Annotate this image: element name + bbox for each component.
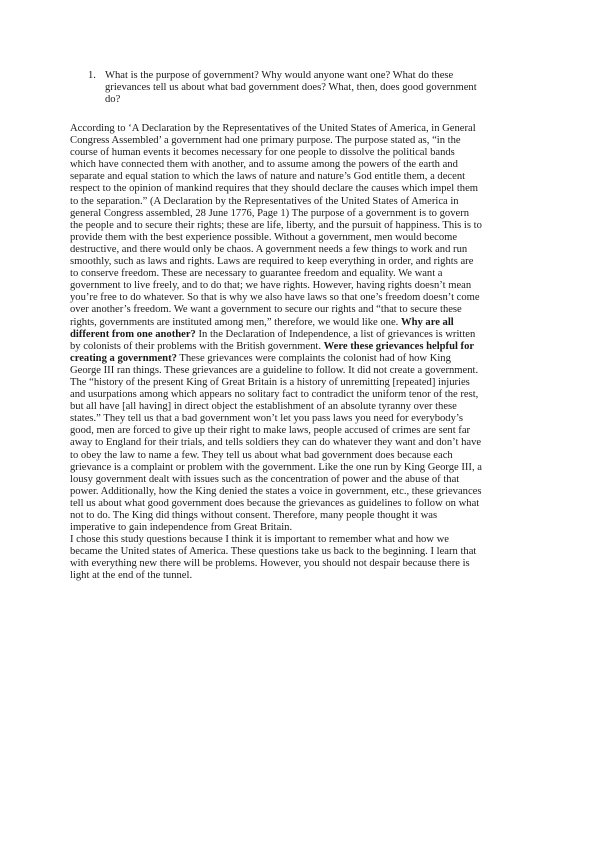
text-run: good, men are forced to give up their ri… [70,425,470,436]
question-text: What is the purpose of government? Why w… [105,70,528,106]
text-run: the people and to secure their rights; t… [70,220,482,231]
question-line: What is the purpose of government? Why w… [105,70,528,82]
text-line: tell us about what good government does … [70,498,522,510]
study-question: 1. What is the purpose of government? Wh… [88,70,528,106]
text-line: to conserve freedom. These are necessary… [70,268,522,280]
text-run: grievance is a complaint or problem with… [70,462,482,473]
text-run: general Congress assembled, 28 June 1776… [70,208,469,219]
text-line: power. Additionally, how the King denied… [70,486,522,498]
text-line: grievance is a complaint or problem with… [70,462,522,474]
text-run: tell us about what good government does … [70,498,479,509]
text-line: to the separation.” (A Declaration by th… [70,196,522,208]
text-run: These grievances were complaints the col… [177,353,451,364]
text-run: power. Additionally, how the King denied… [70,486,481,497]
text-run: imperative to gain independence from Gre… [70,522,292,533]
text-run: The “history of the present King of Grea… [70,377,470,388]
text-run: which have connected them with another, … [70,159,458,170]
text-line: with everything new there will be proble… [70,558,522,570]
question-line: grievances tell us about what bad govern… [105,82,528,94]
text-run: I chose this study questions because I t… [70,534,449,545]
answer-paragraph-2: I chose this study questions because I t… [70,534,522,582]
text-line: smoothly, such as laws and rights. Laws … [70,256,522,268]
text-run: lousy government dealt with issues such … [70,474,459,485]
text-run: George III ran things. These grievances … [70,365,478,376]
text-line: creating a government? These grievances … [70,353,522,365]
text-run: with everything new there will be proble… [70,558,470,569]
text-line: rights, governments are instituted among… [70,317,522,329]
text-run: separate and equal station to which the … [70,171,465,182]
text-line: provide them with the best experience po… [70,232,522,244]
text-line: but all have [all having] in direct obje… [70,401,522,413]
text-line: lousy government dealt with issues such … [70,474,522,486]
document-page: 1. What is the purpose of government? Wh… [0,0,595,842]
answer-body: According to ‘A Declaration by the Repre… [70,123,522,583]
text-line: different from one another? In the Decla… [70,329,522,341]
text-run: not to do. The King did things without c… [70,510,437,521]
text-line: imperative to gain independence from Gre… [70,522,522,534]
bold-question-text: Were these grievances helpful for [324,341,474,352]
text-line: respect to the opinion of mankind requir… [70,183,522,195]
text-run: government to live freely, and to do tha… [70,280,471,291]
text-line: away to England for their trials, and te… [70,437,522,449]
text-run: course of human events it becomes necess… [70,147,455,158]
text-run: destructive, and there would only be cha… [70,244,467,255]
text-line: states.” They tell us that a bad governm… [70,413,522,425]
text-run: respect to the opinion of mankind requir… [70,183,478,194]
text-run: rights, governments are instituted among… [70,317,401,328]
text-line: I chose this study questions because I t… [70,534,522,546]
text-line: According to ‘A Declaration by the Repre… [70,123,522,135]
question-line: do? [105,94,528,106]
text-run: According to ‘A Declaration by the Repre… [70,123,476,134]
text-run: smoothly, such as laws and rights. Laws … [70,256,473,267]
text-run: light at the end of the tunnel. [70,570,192,581]
text-line: course of human events it becomes necess… [70,147,522,159]
text-run: to the separation.” (A Declaration by th… [70,196,459,207]
text-line: to obey the law to name a few. They tell… [70,450,522,462]
text-run: over another’s freedom. We want a govern… [70,304,462,315]
text-run: provide them with the best experience po… [70,232,457,243]
text-line: light at the end of the tunnel. [70,570,522,582]
question-number: 1. [88,70,96,82]
text-run: and usurpations among which appears no s… [70,389,478,400]
text-run: Congress Assembled’ a government had one… [70,135,461,146]
answer-paragraph-1: According to ‘A Declaration by the Repre… [70,123,522,534]
text-run: but all have [all having] in direct obje… [70,401,457,412]
text-line: Congress Assembled’ a government had one… [70,135,522,147]
text-line: separate and equal station to which the … [70,171,522,183]
text-line: The “history of the present King of Grea… [70,377,522,389]
text-run: you’re free to do whatever. So that is w… [70,292,480,303]
text-line: you’re free to do whatever. So that is w… [70,292,522,304]
text-run: away to England for their trials, and te… [70,437,481,448]
text-run: to obey the law to name a few. They tell… [70,450,453,461]
text-run: to conserve freedom. These are necessary… [70,268,443,279]
text-line: not to do. The King did things without c… [70,510,522,522]
text-line: over another’s freedom. We want a govern… [70,304,522,316]
text-line: government to live freely, and to do tha… [70,280,522,292]
text-line: which have connected them with another, … [70,159,522,171]
text-run: states.” They tell us that a bad governm… [70,413,463,424]
text-run: by colonists of their problems with the … [70,341,324,352]
bold-question-text: Why are all [401,317,454,328]
bold-question-text: creating a government? [70,353,177,364]
text-line: became the United states of America. The… [70,546,522,558]
text-line: by colonists of their problems with the … [70,341,522,353]
text-line: good, men are forced to give up their ri… [70,425,522,437]
text-run: became the United states of America. The… [70,546,476,557]
bold-question-text: different from one another? [70,329,196,340]
text-run: In the Declaration of Independence, a li… [196,329,475,340]
text-line: the people and to secure their rights; t… [70,220,522,232]
text-line: destructive, and there would only be cha… [70,244,522,256]
text-line: general Congress assembled, 28 June 1776… [70,208,522,220]
text-line: George III ran things. These grievances … [70,365,522,377]
text-line: and usurpations among which appears no s… [70,389,522,401]
